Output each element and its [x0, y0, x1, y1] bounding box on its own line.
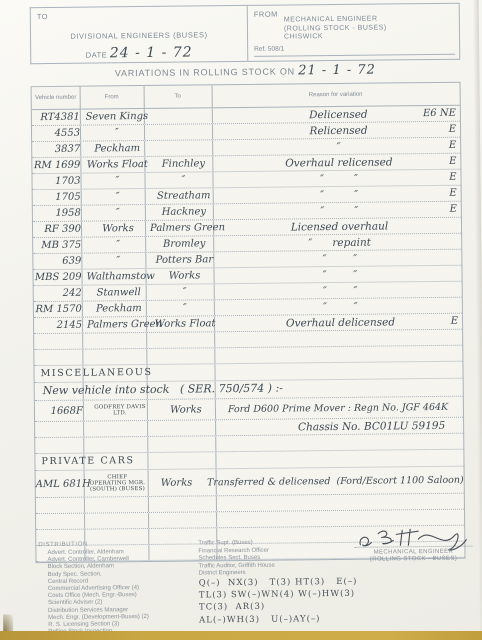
- reason-cell: RelicensedE: [217, 123, 460, 138]
- vehicle-number-cell: RF 390: [33, 224, 86, 236]
- handwritten-date: 24 - 1 - 72: [110, 44, 193, 61]
- reason-cell: ″ ″: [219, 283, 462, 298]
- garage-code-line: TL(3) SW(–)WN(4) W(–)HW(3): [199, 588, 358, 602]
- from-cell: [87, 340, 151, 341]
- col-header-vehicle: Vehicle number: [32, 94, 80, 102]
- to-cell: ″: [149, 174, 217, 186]
- scanned-form: TO DIVISIONAL ENGINEERS (BUSES) DATE 24 …: [0, 0, 482, 640]
- reason-cell: ″ ″E: [217, 171, 460, 186]
- reason-text: ″ ″: [323, 268, 358, 280]
- reason-cell: ″ ″: [218, 251, 461, 266]
- handwritten-note: New vehicle into stock ( SER. 750/574 ) …: [43, 382, 283, 398]
- reason-text: ″ ″: [320, 172, 358, 184]
- reason-cell: Overhaul relicensedE: [217, 155, 460, 170]
- reason-text: ″ repaint: [308, 236, 371, 249]
- to-cell: Works: [150, 270, 218, 282]
- to-cell: ″: [151, 302, 219, 314]
- to-cell: Works: [146, 477, 207, 489]
- reason-text: ″ ″: [323, 284, 358, 296]
- from-cell: Works Float: [85, 159, 149, 171]
- from-cell: Palmers Green: [87, 319, 151, 331]
- ref-number: Ref. 508/1: [254, 44, 455, 57]
- distribution-block: DISTRIBUTION Advert. Controller, Aldenha…: [38, 541, 149, 640]
- from-cell: Walthamstow: [86, 271, 150, 283]
- reason-text: Relicensed: [309, 124, 367, 137]
- from-cell: [89, 536, 153, 537]
- from-cell: [89, 504, 153, 505]
- to-cell: Streatham: [150, 190, 218, 202]
- vehicle-number-cell: 1958: [33, 208, 86, 220]
- from-cell: CHIEF OPERATING MGR. (SOUTH) (BUSES): [89, 474, 147, 493]
- sender-line-1: MECHANICAL ENGINEER: [284, 15, 387, 25]
- reason-cell: ″ ″: [218, 267, 461, 282]
- col-header-to: To: [144, 93, 212, 101]
- sender-address: MECHANICAL ENGINEER (ROLLING STOCK - BUS…: [284, 15, 387, 42]
- garage-codes-handwritten: Q(–) NX(3) T(3) HT(3) E(–)TL(3) SW(–)WN(…: [199, 576, 358, 626]
- reason-text: Overhaul relicensed: [285, 156, 393, 169]
- signature-block: MECHANICAL ENGINEER (ROLLING STOCK - BUS…: [354, 524, 472, 564]
- to-cell: [149, 148, 217, 149]
- vehicle-number-cell: [36, 505, 89, 506]
- garage-code-line: AL(–)WH(3) U(–)AY(–): [199, 612, 358, 626]
- stamp-text: MECHANICAL ENGINEER (ROLLING STOCK - BUS…: [354, 549, 472, 564]
- reason-text: ″ ″: [323, 252, 358, 264]
- reason-cell: DelicensedE6 NE: [217, 107, 460, 122]
- vehicle-number-cell: 639: [33, 256, 86, 268]
- vehicle-number-cell: RM 1570: [34, 304, 87, 316]
- from-cell: ″: [86, 191, 150, 203]
- reason-cell: ″E: [217, 139, 460, 154]
- from-cell: Stanwell: [87, 287, 151, 299]
- to-cell: Palmers Green: [150, 222, 218, 234]
- distribution-title: DISTRIBUTION: [38, 541, 148, 548]
- vehicle-number-cell: [35, 445, 88, 446]
- to-cell: Works Float: [151, 318, 219, 330]
- col-header-reason: Reason for variation: [212, 90, 460, 100]
- to-cell: Hackney: [150, 206, 218, 218]
- reason-text: Overhaul delicensed: [286, 316, 395, 329]
- from-cell: ″: [85, 175, 149, 187]
- from-cell: GODFREY DAVIS LTD.: [88, 404, 152, 417]
- vehicle-number-cell: 4553: [32, 128, 85, 140]
- licensing-code: E: [449, 155, 456, 166]
- reason-text: Delicensed: [309, 108, 368, 121]
- from-cell: [88, 444, 152, 445]
- from-cell: Works: [86, 223, 150, 235]
- vehicle-number-cell: [34, 341, 87, 342]
- distribution-list-left: Advert. Controller, AldenhamAdvert. Cont…: [47, 549, 149, 640]
- reason-text: ″: [337, 140, 341, 152]
- to-cell: [153, 520, 221, 521]
- to-box: TO DIVISIONAL ENGINEERS (BUSES) DATE 24 …: [30, 5, 248, 64]
- variations-table: Vehicle number From To Reason for variat…: [31, 82, 466, 563]
- reason-cell: Overhaul delicensedE: [219, 315, 462, 330]
- to-label: TO: [37, 12, 48, 21]
- licensing-code: E: [449, 203, 456, 214]
- licensing-code: E: [449, 139, 456, 150]
- reason-cell: [219, 353, 462, 356]
- addressee: DIVISIONAL ENGINEERS (BUSES): [31, 30, 247, 41]
- licensing-code: E: [451, 315, 458, 326]
- sender-line-3: CHISWICK: [284, 32, 387, 42]
- vehicle-number-cell: 3837: [32, 144, 85, 156]
- to-cell: [152, 444, 220, 445]
- reason-cell: Ford D600 Prime Mover : Regn No. JGF 464…: [220, 401, 463, 415]
- vehicle-number-cell: RM 1699: [32, 160, 85, 172]
- scan-edge-shade: [473, 0, 482, 638]
- vehicle-number-cell: 1703: [32, 176, 85, 188]
- reason-cell: Licensed overhaul: [218, 219, 461, 234]
- title-printed: VARIATIONS IN ROLLING STOCK ON: [115, 66, 295, 78]
- from-cell: [87, 356, 151, 357]
- from-label: FROM: [254, 10, 278, 19]
- to-cell: Finchley: [149, 158, 217, 170]
- reason-cell: Transferred & delicensed (Ford/Escort 11…: [207, 474, 464, 488]
- vehicle-number-cell: [34, 357, 87, 358]
- stamp-line-2: (ROLLING STOCK - BUSES): [354, 556, 472, 564]
- reason-text: Licensed overhaul: [291, 220, 389, 233]
- vehicle-number-cell: 1705: [33, 192, 86, 204]
- licensing-code: E6 NE: [423, 107, 456, 118]
- reason-cell: ″ repaint: [218, 235, 461, 250]
- date-label: DATE: [86, 50, 108, 59]
- reason-text: Ford D600 Prime Mover : Regn No. JGF 464…: [228, 401, 448, 414]
- reason-cell: ″ ″E: [218, 203, 461, 218]
- to-cell: [152, 428, 220, 429]
- to-cell: [153, 536, 221, 537]
- vehicle-number-cell: RT4381: [32, 112, 85, 124]
- licensing-code: E: [449, 171, 456, 182]
- vehicle-number-cell: 242: [34, 288, 87, 300]
- from-cell: ″: [86, 239, 150, 251]
- form-title: VARIATIONS IN ROLLING STOCK ON 21 - 1 - …: [30, 62, 460, 82]
- to-cell: ″: [151, 286, 219, 298]
- from-cell: Seven Kings: [85, 111, 149, 123]
- reason-text: ″ ″: [320, 188, 358, 200]
- to-cell: Potters Bar: [150, 254, 218, 266]
- licensing-code: E: [449, 123, 456, 134]
- to-cell: [151, 356, 219, 357]
- from-cell: Peckham: [85, 143, 149, 155]
- reason-cell: [220, 441, 463, 444]
- from-cell: [88, 428, 152, 429]
- to-cell: Works: [152, 404, 220, 416]
- from-box: FROM MECHANICAL ENGINEER (ROLLING STOCK …: [247, 3, 461, 62]
- to-cell: [149, 132, 217, 133]
- table-body: RT4381Seven KingsDelicensedE6 NE4553″Rel…: [32, 106, 465, 562]
- from-cell: ″: [86, 207, 150, 219]
- to-cell: [153, 504, 221, 505]
- reason-cell: Chassis No. BC01LU 59195: [220, 419, 463, 434]
- vehicle-number-cell: AML 681H: [36, 478, 89, 490]
- reason-text: ″ ″: [320, 204, 358, 216]
- title-date-handwritten: 21 - 1 - 72: [298, 63, 376, 79]
- section-label: MISCELLANEOUS: [40, 367, 152, 379]
- from-cell: [89, 520, 153, 521]
- form-header: TO DIVISIONAL ENGINEERS (BUSES) DATE 24 …: [30, 3, 461, 64]
- reason-text: Chassis No. BC01LU 59195: [298, 419, 445, 433]
- vehicle-number-cell: [35, 429, 88, 430]
- col-header-from: From: [80, 94, 144, 102]
- vehicle-number-cell: MB 375: [33, 240, 86, 252]
- to-cell: [149, 116, 217, 117]
- vehicle-number-cell: [36, 521, 89, 522]
- reason-cell: [221, 501, 464, 504]
- sender-line-2: (ROLLING STOCK - BUSES): [284, 24, 387, 34]
- reason-cell: [221, 517, 464, 520]
- to-cell: [151, 340, 219, 341]
- vehicle-number-cell: MBS 209: [33, 272, 86, 284]
- section-label: PRIVATE CARS: [41, 455, 134, 467]
- vehicle-number-cell: 2145: [34, 320, 87, 332]
- from-cell: ″: [86, 255, 150, 267]
- reason-cell: ″ ″: [219, 299, 462, 314]
- from-cell: ″: [85, 127, 149, 139]
- licensing-code: E: [449, 187, 456, 198]
- distribution-list-mid: Traffic Supt. (Buses)Financial Research …: [198, 540, 275, 579]
- scan-background-strip: [0, 631, 482, 640]
- to-cell: Bromley: [150, 238, 218, 250]
- from-cell: Peckham: [87, 303, 151, 315]
- vehicle-number-cell: [36, 537, 89, 538]
- reason-text: ″ ″: [323, 300, 358, 312]
- reason-cell: [219, 337, 462, 340]
- vehicle-number-cell: 1668F: [35, 405, 88, 417]
- reason-text: Transferred & delicensed (Ford/Escort 11…: [207, 474, 464, 488]
- date-line: DATE 24 - 1 - 72: [31, 44, 247, 62]
- reason-cell: ″ ″E: [218, 187, 461, 202]
